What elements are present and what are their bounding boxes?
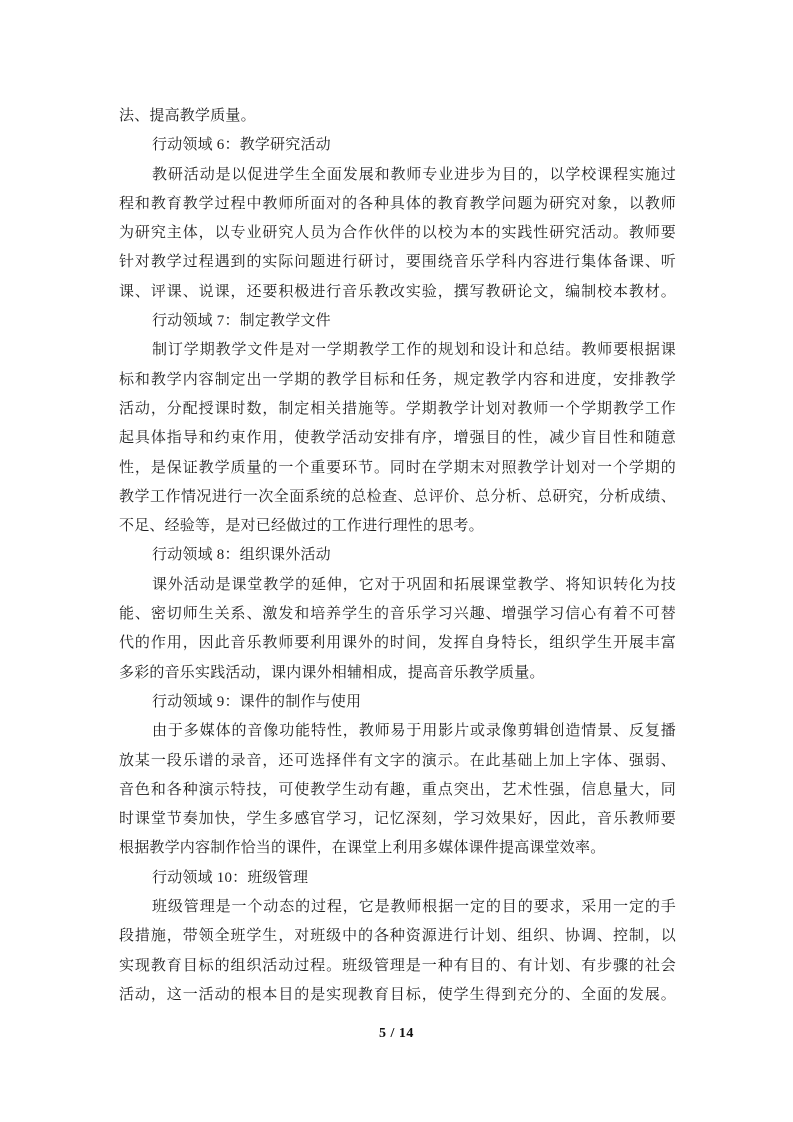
text-line: 放某一段乐谱的录音，还可选择伴有文字的演示。在此基础上加上字体、强弱、 (119, 747, 676, 776)
text-line: 根据教学内容制作恰当的课件，在课堂上利用多媒体课件提高课堂效率。 (119, 834, 676, 863)
document-page: 法、提高教学质量。行动领域 6：教学研究活动教研活动是以促进学生全面发展和教师专… (0, 0, 793, 1122)
text-line: 不足、经验等，是对已经做过的工作进行理性的思考。 (119, 512, 676, 541)
page-number: 5 / 14 (0, 1026, 793, 1042)
text-line: 实现教育目标的组织活动过程。班级管理是一种有目的、有计划、有步骤的社会 (119, 952, 676, 981)
heading-line: 行动领域 8：组织课外活动 (119, 541, 676, 570)
text-line: 段措施，带领全班学生，对班级中的各种资源进行计划、组织、协调、控制，以 (119, 922, 676, 951)
text-line: 由于多媒体的音像功能特性，教师易于用影片或录像剪辑创造情景、反复播 (119, 717, 676, 746)
heading-line: 行动领域 9：课件的制作与使用 (119, 688, 676, 717)
text-line: 针对教学过程遇到的实际问题进行研讨，要围绕音乐学科内容进行集体备课、听 (119, 248, 676, 277)
text-line: 起具体指导和约束作用，使教学活动安排有序，增强目的性，减少盲目性和随意 (119, 424, 676, 453)
text-line: 程和教育教学过程中教师所面对的各种具体的教育教学问题为研究对象，以教师 (119, 190, 676, 219)
text-line: 教研活动是以促进学生全面发展和教师专业进步为目的，以学校课程实施过 (119, 161, 676, 190)
text-line: 课外活动是课堂教学的延伸，它对于巩固和拓展课堂教学、将知识转化为技 (119, 571, 676, 600)
heading-line: 行动领域 10：班级管理 (119, 864, 676, 893)
document-body: 法、提高教学质量。行动领域 6：教学研究活动教研活动是以促进学生全面发展和教师专… (119, 102, 676, 1010)
heading-line: 行动领域 7：制定教学文件 (119, 307, 676, 336)
text-line: 音色和各种演示特技，可使教学生动有趣，重点突出，艺术性强，信息量大，同 (119, 776, 676, 805)
text-line: 班级管理是一个动态的过程，它是教师根据一定的目的要求，采用一定的手 (119, 893, 676, 922)
text-line: 活动，这一活动的根本目的是实现教育目标，使学生得到充分的、全面的发展。 (119, 981, 676, 1010)
heading-line: 行动领域 6：教学研究活动 (119, 131, 676, 160)
text-line: 活动，分配授课时数，制定相关措施等。学期教学计划对教师一个学期教学工作 (119, 395, 676, 424)
text-line: 法、提高教学质量。 (119, 102, 676, 131)
text-line: 为研究主体，以专业研究人员为合作伙伴的以校为本的实践性研究活动。教师要 (119, 219, 676, 248)
text-line: 性，是保证教学质量的一个重要环节。同时在学期末对照教学计划对一个学期的 (119, 454, 676, 483)
text-line: 教学工作情况进行一次全面系统的总检查、总评价、总分析、总研究，分析成绩、 (119, 483, 676, 512)
text-line: 能、密切师生关系、激发和培养学生的音乐学习兴趣、增强学习信心有着不可替 (119, 600, 676, 629)
text-line: 时课堂节奏加快，学生多感官学习，记忆深刻，学习效果好，因此，音乐教师要 (119, 805, 676, 834)
text-line: 多彩的音乐实践活动，课内课外相辅相成，提高音乐教学质量。 (119, 659, 676, 688)
text-line: 课、评课、说课，还要积极进行音乐教改实验，撰写教研论文，编制校本教材。 (119, 278, 676, 307)
text-line: 代的作用，因此音乐教师要利用课外的时间，发挥自身特长，组织学生开展丰富 (119, 629, 676, 658)
text-line: 制订学期教学文件是对一学期教学工作的规划和设计和总结。教师要根据课 (119, 336, 676, 365)
text-line: 标和教学内容制定出一学期的教学目标和任务，规定教学内容和进度，安排教学 (119, 366, 676, 395)
